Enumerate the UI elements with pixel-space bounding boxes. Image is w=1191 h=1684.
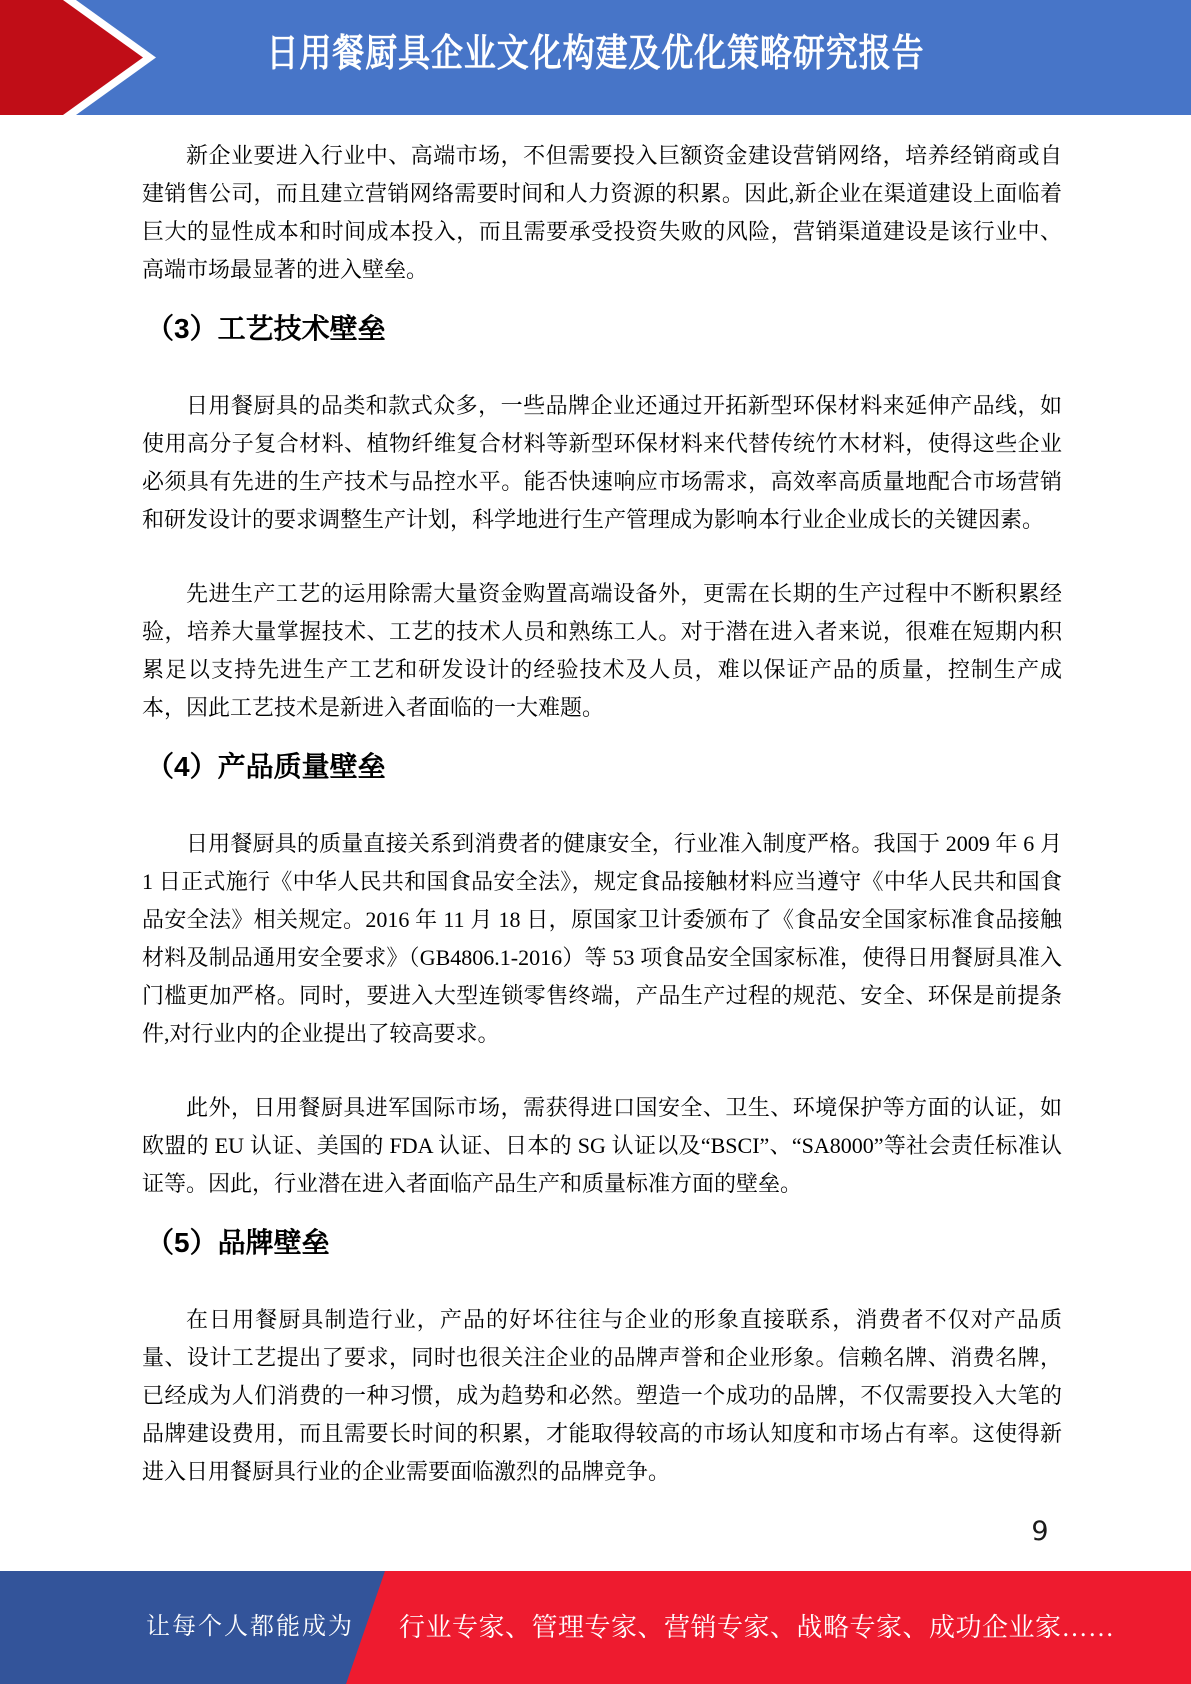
- report-page: 日用餐厨具企业文化构建及优化策略研究报告 新企业要进入行业中、高端市场，不但需要…: [0, 0, 1191, 1684]
- section5-paragraph-1: 在日用餐厨具制造行业，产品的好坏往往与企业的形象直接联系，消费者不仅对产品质量、…: [142, 1301, 1062, 1491]
- section-heading-3: （3）工艺技术壁垒: [146, 307, 1062, 351]
- section3-paragraph-2: 先进生产工艺的运用除需大量资金购置高端设备外，更需在长期的生产过程中不断积累经验…: [142, 575, 1062, 727]
- footer-slogan-left: 让每个人都能成为: [146, 1571, 354, 1684]
- page-title: 日用餐厨具企业文化构建及优化策略研究报告: [36, 0, 1156, 122]
- intro-paragraph: 新企业要进入行业中、高端市场，不但需要投入巨额资金建设营销网络，培养经销商或自建…: [142, 137, 1062, 289]
- footer-slogan-right: 行业专家、管理专家、营销专家、战略专家、成功企业家……: [399, 1571, 1115, 1684]
- section4-paragraph-1: 日用餐厨具的质量直接关系到消费者的健康安全，行业准入制度严格。我国于 2009 …: [142, 825, 1062, 1053]
- page-body: 新企业要进入行业中、高端市场，不但需要投入巨额资金建设营销网络，培养经销商或自建…: [0, 115, 1191, 1491]
- section4-paragraph-2: 此外，日用餐厨具进军国际市场，需获得进口国安全、卫生、环境保护等方面的认证，如欧…: [142, 1089, 1062, 1203]
- page-number: 9: [1020, 1516, 1060, 1547]
- section-heading-5: （5）品牌壁垒: [146, 1221, 1062, 1265]
- page-header: 日用餐厨具企业文化构建及优化策略研究报告: [0, 0, 1191, 115]
- page-footer: 让每个人都能成为 行业专家、管理专家、营销专家、战略专家、成功企业家……: [0, 1571, 1191, 1684]
- section3-paragraph-1: 日用餐厨具的品类和款式众多，一些品牌企业还通过开拓新型环保材料来延伸产品线，如使…: [142, 387, 1062, 539]
- section-heading-4: （4）产品质量壁垒: [146, 745, 1062, 789]
